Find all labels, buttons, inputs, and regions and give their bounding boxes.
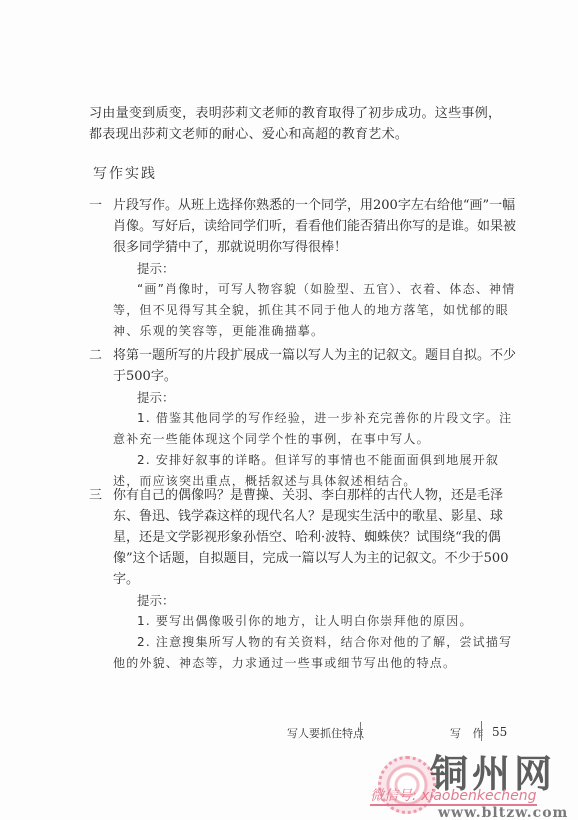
page-number: 55	[492, 725, 507, 739]
hint-text: 1. 要写出偶像吸引你的地方，让人明白你崇拜他的原因。	[113, 611, 523, 632]
textbook-page: 习由量变到质变，表明莎莉文老师的教育取得了初步成功。这些事例，都表现出莎莉文老师…	[0, 0, 578, 820]
item-number: 一	[89, 195, 113, 216]
exercise-item-2: 二 将第一题所写的片段扩展成一篇以写人为主的记叙文。题目自拟。不少于500字。 …	[89, 345, 529, 492]
section-title: 写作实践	[93, 163, 157, 183]
hint-label: 提示：	[137, 387, 529, 408]
hint-text: 1. 借鉴其他同学的写作经验，进一步补充完善你的片段文字。注意补充一些能体现这个…	[113, 408, 523, 450]
hint-label: 提示：	[137, 258, 529, 279]
watermark-url: www.bltzw.com	[438, 805, 568, 820]
watermark: 铜州网 微信号: xiaobenkecheng www.bltzw.com	[370, 752, 578, 820]
hint-text: “画”肖像时，可写人物容貌（如脸型、五官）、衣着、体态、神情等，但不见得写其全貌…	[113, 279, 523, 342]
item-text: 将第一题所写的片段扩展成一篇以写人为主的记叙文。题目自拟。不少于500字。	[113, 345, 523, 387]
watermark-wechat: 微信号: xiaobenkecheng	[370, 788, 537, 806]
exercise-item-3: 三 你有自己的偶像吗？是曹操、关羽、李白那样的古代人物，还是毛泽东、鲁迅、钱学森…	[89, 485, 529, 674]
footer-chapter-title: 写人要抓住特点	[287, 725, 364, 741]
footer-divider	[481, 721, 482, 741]
exercise-item-1: 一 片段写作。从班上选择你熟悉的一个同学，用200字左右给他“画”一幅肖像。写好…	[89, 195, 529, 342]
intro-paragraph: 习由量变到质变，表明莎莉文老师的教育取得了初步成功。这些事例，都表现出莎莉文老师…	[89, 103, 509, 145]
hint-label: 提示：	[137, 590, 529, 611]
item-number: 三	[89, 485, 113, 506]
item-text: 片段写作。从班上选择你熟悉的一个同学，用200字左右给他“画”一幅肖像。写好后，…	[113, 195, 523, 258]
footer-divider	[360, 722, 361, 740]
item-number: 二	[89, 345, 113, 366]
item-text: 你有自己的偶像吗？是曹操、关羽、李白那样的古代人物，还是毛泽东、鲁迅、钱学森这样…	[113, 485, 523, 590]
hint-text: 2. 注意搜集所写人物的有关资料，结合你对他的了解，尝试描写他的外貌、神态等，力…	[113, 632, 523, 674]
